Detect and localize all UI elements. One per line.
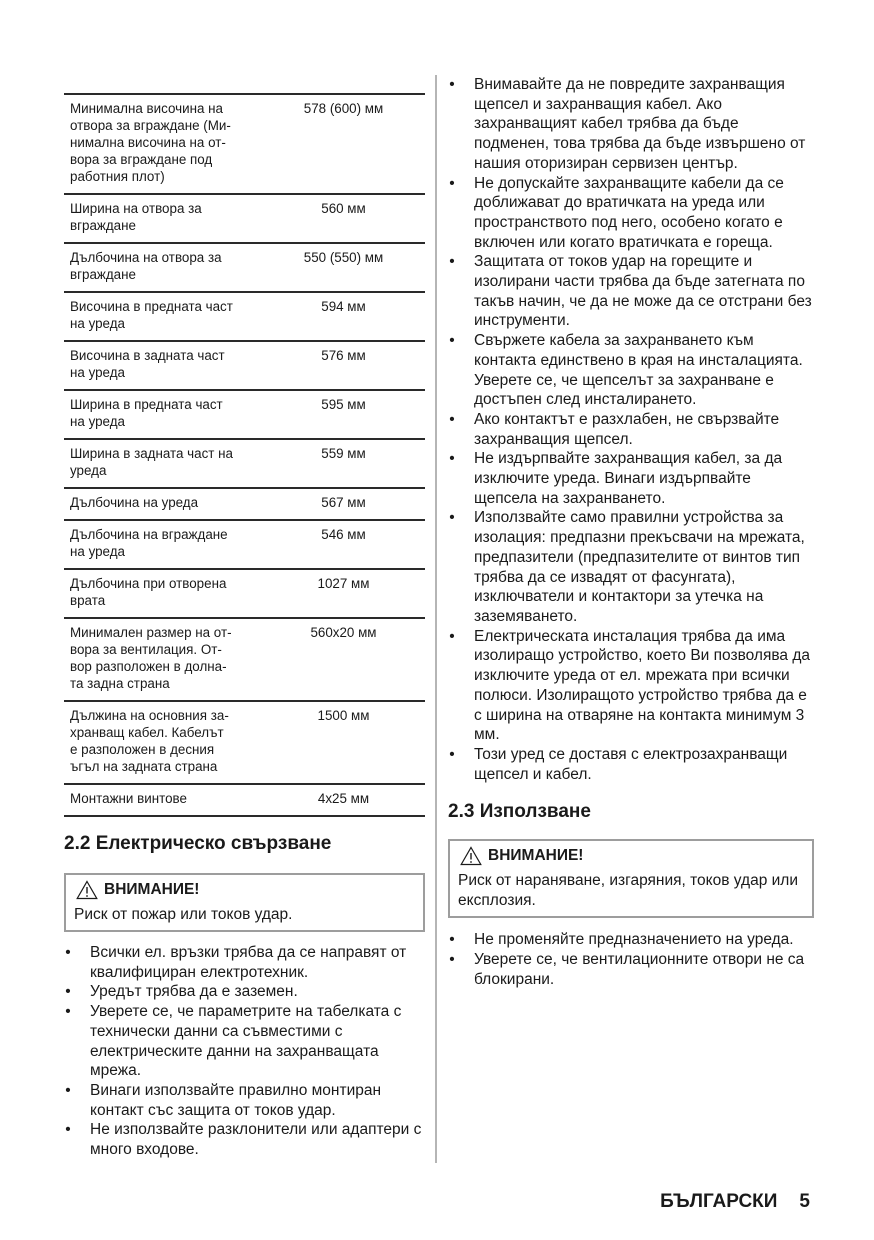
spec-label-cell: Минимален размер на от- вора за вентилац… bbox=[64, 618, 262, 701]
spec-label-cell: Дълбочина на уреда bbox=[64, 488, 262, 520]
table-row: Дължина на основния за- хранващ кабел. К… bbox=[64, 701, 425, 784]
spec-label-cell: Ширина в задната част на уреда bbox=[64, 439, 262, 488]
list-item-text: Винаги използвайте правилно монтиран кон… bbox=[90, 1082, 381, 1119]
table-row: Минимална височина на отвора за вграждан… bbox=[64, 94, 425, 194]
dimensions-table: Минимална височина на отвора за вграждан… bbox=[64, 93, 425, 817]
spec-value: 595 мм bbox=[262, 390, 425, 439]
bullet-icon: • bbox=[64, 943, 72, 963]
list-item-text: Внимавайте да не повредите захранващия щ… bbox=[474, 76, 805, 172]
list-item: •Използвайте само правилни устройства за… bbox=[448, 508, 813, 626]
table-row: Височина в задната част на уреда576 мм bbox=[64, 341, 425, 390]
spec-value: 550 (550) мм bbox=[262, 243, 425, 292]
bullet-icon: • bbox=[64, 1002, 72, 1022]
bullet-icon: • bbox=[448, 75, 456, 95]
list-item: •Винаги използвайте правилно монтиран ко… bbox=[64, 1081, 425, 1120]
list-item: •Всички ел. връзки трябва да се направят… bbox=[64, 943, 425, 982]
spec-value: 578 (600) мм bbox=[262, 94, 425, 194]
warning-title: ВНИМАНИЕ! bbox=[74, 879, 415, 901]
list-item: •Не издърпвайте захранващия кабел, за да… bbox=[448, 449, 813, 508]
table-row: Дълбочина при отворена врата1027 мм bbox=[64, 569, 425, 618]
warning-triangle-icon bbox=[460, 846, 482, 866]
bullet-icon: • bbox=[448, 627, 456, 647]
spec-label-cell: Дълбочина на отвора за вграждане bbox=[64, 243, 262, 292]
spec-value: 560x20 мм bbox=[262, 618, 425, 701]
list-item: •Ако контактът е разхлабен, не свързвайт… bbox=[448, 410, 813, 449]
spec-value: 1500 мм bbox=[262, 701, 425, 784]
spec-value: 576 мм bbox=[262, 341, 425, 390]
bullet-icon: • bbox=[448, 449, 456, 469]
list-item-text: Не използвайте разклонители или адаптери… bbox=[90, 1121, 421, 1158]
table-row: Височина в предната част на уреда594 мм bbox=[64, 292, 425, 341]
bullet-icon: • bbox=[448, 252, 456, 272]
spec-value: 559 мм bbox=[262, 439, 425, 488]
table-row: Ширина в предната част на уреда595 мм bbox=[64, 390, 425, 439]
spec-value: 4x25 мм bbox=[262, 784, 425, 816]
section-heading-usage: 2.3 Използване bbox=[448, 800, 813, 824]
spec-label: Дълбочина при отворена врата bbox=[70, 576, 226, 608]
spec-label-cell: Височина в задната част на уреда bbox=[64, 341, 262, 390]
right-column: •Внимавайте да не повредите захранващия … bbox=[448, 75, 813, 989]
spec-label: Минимален размер на от- вора за вентилац… bbox=[70, 625, 232, 691]
spec-label-cell: Минимална височина на отвора за вграждан… bbox=[64, 94, 262, 194]
list-item: •Не използвайте разклонители или адаптер… bbox=[64, 1120, 425, 1159]
list-item-text: Ако контактът е разхлабен, не свързвайте… bbox=[474, 411, 779, 448]
bullet-icon: • bbox=[64, 1081, 72, 1101]
list-item: •Електрическата инсталация трябва да има… bbox=[448, 627, 813, 745]
list-item: •Този уред се доставя с електрозахранващ… bbox=[448, 745, 813, 784]
bullet-icon: • bbox=[448, 410, 456, 430]
spec-label: Височина в предната част на уреда bbox=[70, 299, 233, 331]
list-item-text: Не допускайте захранващите кабели да се … bbox=[474, 175, 784, 251]
list-item-text: Използвайте само правилни устройства за … bbox=[474, 509, 805, 625]
table-row: Монтажни винтове4x25 мм bbox=[64, 784, 425, 816]
footer-language: БЪЛГАРСКИ bbox=[660, 1190, 777, 1214]
spec-label-cell: Монтажни винтове bbox=[64, 784, 262, 816]
usage-bullet-list: •Не променяйте предназначението на уреда… bbox=[448, 930, 813, 989]
list-item-text: Електрическата инсталация трябва да има … bbox=[474, 628, 810, 744]
table-row: Минимален размер на от- вора за вентилац… bbox=[64, 618, 425, 701]
list-item-text: Уверете се, че параметрите на табелката … bbox=[90, 1003, 401, 1079]
spec-label-cell: Височина в предната част на уреда bbox=[64, 292, 262, 341]
spec-label: Ширина в предната част на уреда bbox=[70, 397, 223, 429]
list-item-text: Свържете кабела за захранването към конт… bbox=[474, 332, 803, 408]
list-item-text: Уредът трябва да е заземен. bbox=[90, 983, 298, 1000]
spec-label: Ширина на отвора за вграждане bbox=[70, 201, 202, 233]
bullet-icon: • bbox=[448, 745, 456, 765]
spec-label-cell: Ширина на отвора за вграждане bbox=[64, 194, 262, 243]
list-item-text: Всички ел. връзки трябва да се направят … bbox=[90, 944, 406, 981]
electrical-bullet-list-continued: •Внимавайте да не повредите захранващия … bbox=[448, 75, 813, 784]
list-item-text: Не променяйте предназначението на уреда. bbox=[474, 931, 794, 948]
spec-value: 1027 мм bbox=[262, 569, 425, 618]
list-item: •Внимавайте да не повредите захранващия … bbox=[448, 75, 813, 174]
warning-triangle-icon bbox=[76, 880, 98, 900]
bullet-icon: • bbox=[64, 1120, 72, 1140]
spec-label: Монтажни винтове bbox=[70, 791, 187, 806]
list-item: •Не променяйте предназначението на уреда… bbox=[448, 930, 813, 950]
left-column: Минимална височина на отвора за вграждан… bbox=[64, 93, 425, 1160]
spec-label: Височина в задната част на уреда bbox=[70, 348, 225, 380]
list-item: •Уредът трябва да е заземен. bbox=[64, 982, 425, 1002]
warning-box-usage: ВНИМАНИЕ! Риск от нараняване, изгаряния,… bbox=[448, 839, 814, 918]
bullet-icon: • bbox=[448, 174, 456, 194]
list-item-text: Уверете се, че вентилационните отвори не… bbox=[474, 951, 804, 988]
warning-title-text: ВНИМАНИЕ! bbox=[104, 879, 199, 901]
bullet-icon: • bbox=[448, 331, 456, 351]
warning-text: Риск от пожар или токов удар. bbox=[74, 905, 415, 925]
spec-value: 560 мм bbox=[262, 194, 425, 243]
table-row: Ширина на отвора за вграждане560 мм bbox=[64, 194, 425, 243]
section-heading-electrical: 2.2 Електрическо свързване bbox=[64, 832, 425, 856]
bullet-icon: • bbox=[448, 508, 456, 528]
spec-value: 567 мм bbox=[262, 488, 425, 520]
page-number: 5 bbox=[799, 1190, 810, 1214]
spec-label: Минимална височина на отвора за вграждан… bbox=[70, 101, 231, 184]
warning-box-electrical: ВНИМАНИЕ! Риск от пожар или токов удар. bbox=[64, 873, 425, 932]
spec-value: 594 мм bbox=[262, 292, 425, 341]
list-item-text: Този уред се доставя с електрозахранващи… bbox=[474, 746, 787, 783]
list-item: •Свържете кабела за захранването към кон… bbox=[448, 331, 813, 410]
spec-label: Дълбочина на уреда bbox=[70, 495, 198, 510]
list-item-text: Защитата от токов удар на горещите и изо… bbox=[474, 253, 812, 329]
list-item: •Защитата от токов удар на горещите и из… bbox=[448, 252, 813, 331]
spec-label-cell: Дължина на основния за- хранващ кабел. К… bbox=[64, 701, 262, 784]
bullet-icon: • bbox=[64, 982, 72, 1002]
bullet-icon: • bbox=[448, 930, 456, 950]
column-separator bbox=[435, 75, 437, 1163]
electrical-bullet-list: •Всички ел. връзки трябва да се направят… bbox=[64, 943, 425, 1160]
spec-value: 546 мм bbox=[262, 520, 425, 569]
table-row: Дълбочина на отвора за вграждане550 (550… bbox=[64, 243, 425, 292]
spec-label: Дължина на основния за- хранващ кабел. К… bbox=[70, 708, 229, 774]
spec-label-cell: Дълбочина на вграждане на уреда bbox=[64, 520, 262, 569]
list-item: •Уверете се, че вентилационните отвори н… bbox=[448, 950, 813, 989]
warning-title: ВНИМАНИЕ! bbox=[458, 845, 804, 867]
table-row: Дълбочина на уреда567 мм bbox=[64, 488, 425, 520]
spec-label-cell: Ширина в предната част на уреда bbox=[64, 390, 262, 439]
list-item: •Уверете се, че параметрите на табелката… bbox=[64, 1002, 425, 1081]
spec-label: Ширина в задната част на уреда bbox=[70, 446, 233, 478]
warning-text: Риск от нараняване, изгаряния, токов уда… bbox=[458, 871, 804, 911]
spec-label-cell: Дълбочина при отворена врата bbox=[64, 569, 262, 618]
list-item-text: Не издърпвайте захранващия кабел, за да … bbox=[474, 450, 782, 506]
table-row: Дълбочина на вграждане на уреда546 мм bbox=[64, 520, 425, 569]
page-footer: БЪЛГАРСКИ 5 bbox=[660, 1190, 810, 1214]
spec-label: Дълбочина на вграждане на уреда bbox=[70, 527, 228, 559]
list-item: •Не допускайте захранващите кабели да се… bbox=[448, 174, 813, 253]
spec-label: Дълбочина на отвора за вграждане bbox=[70, 250, 222, 282]
bullet-icon: • bbox=[448, 950, 456, 970]
table-row: Ширина в задната част на уреда559 мм bbox=[64, 439, 425, 488]
warning-title-text: ВНИМАНИЕ! bbox=[488, 845, 583, 867]
